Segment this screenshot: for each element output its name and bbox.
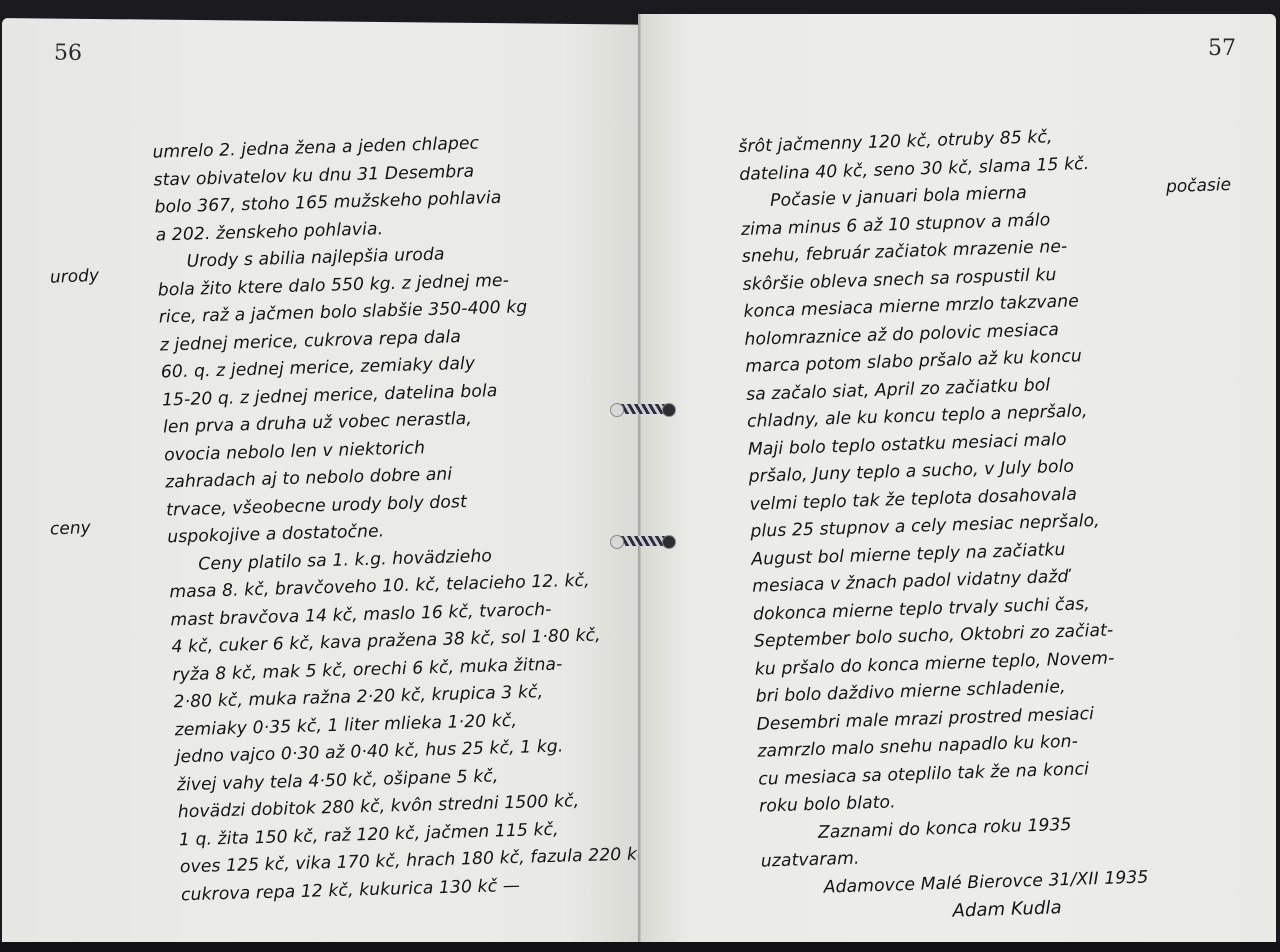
left-page-text: umrelo 2. jedna žena a jeden chlapec sta… xyxy=(152,127,621,909)
binding-stitch-icon xyxy=(612,536,674,546)
margin-note-urody: urody xyxy=(50,266,100,288)
page-number-right: 57 xyxy=(1208,36,1236,61)
binding-stitch-icon xyxy=(612,404,674,414)
right-page-text: šrôt jačmenny 120 kč, otruby 85 kč, date… xyxy=(738,120,1223,932)
book-cover-edge xyxy=(0,942,1280,952)
book-gutter xyxy=(638,14,641,944)
page-number-left: 56 xyxy=(54,41,82,66)
margin-note-ceny: ceny xyxy=(50,518,92,540)
book-spread: 56 urody ceny umrelo 2. jedna žena a jed… xyxy=(0,0,1280,952)
left-page: 56 urody ceny umrelo 2. jedna žena a jed… xyxy=(2,18,642,949)
right-page: 57 počasie šrôt jačmenny 120 kč, otruby … xyxy=(640,14,1276,944)
